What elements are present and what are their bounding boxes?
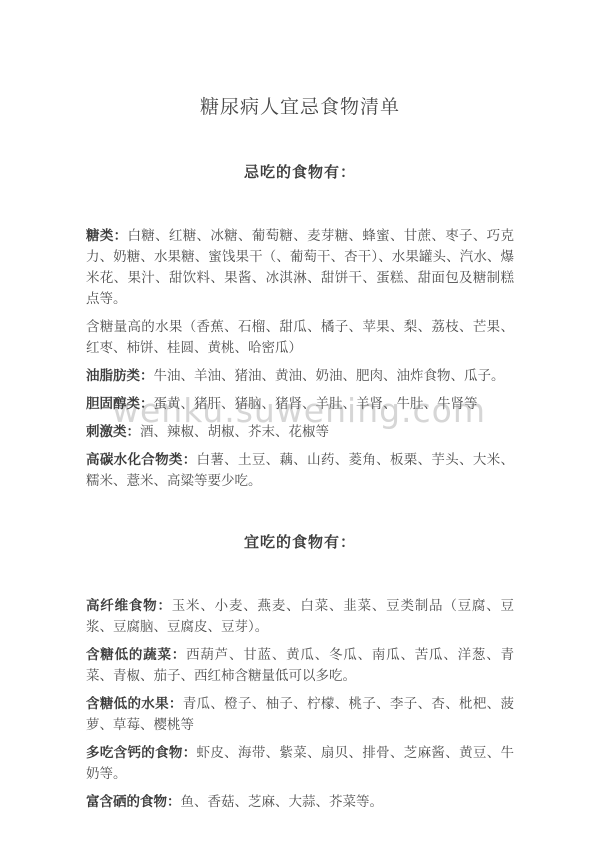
section-heading-forbidden: 忌吃的食物有： (86, 163, 514, 183)
para-fats: 油脂肪类：牛油、羊油、猪油、黄油、奶油、肥肉、油炸食物、瓜子。 (86, 365, 514, 386)
para-cholesterol-label: 胆固醇类： (86, 396, 154, 411)
para-stimulants-label: 刺激类： (86, 424, 140, 439)
para-fats-text: 牛油、羊油、猪油、黄油、奶油、肥肉、油炸食物、瓜子。 (154, 368, 505, 383)
para-high-carbs: 高碳水化合物类：白薯、土豆、藕、山药、菱角、板栗、芋头、大米、糯米、薏米、高粱等… (86, 449, 514, 491)
para-high-sugar-fruits: 含糖量高的水果（香蕉、石榴、甜瓜、橘子、苹果、梨、荔枝、芒果、红枣、柿饼、桂圆、… (86, 316, 514, 358)
para-calcium-foods: 多吃含钙的食物：虾皮、海带、紫菜、扇贝、排骨、芝麻酱、黄豆、牛奶等。 (86, 742, 514, 784)
para-sugar-label: 糖类： (86, 228, 127, 243)
para-cholesterol: 胆固醇类：蛋黄、猪肝、猪脑、猪肾、羊肚、羊肾、牛肚、牛肾等 (86, 393, 514, 414)
para-low-sugar-fruits-label: 含糖低的水果： (86, 696, 183, 711)
para-sugar-text: 白糖、红糖、冰糖、葡萄糖、麦芽糖、蜂蜜、甘蔗、枣子、巧克力、奶糖、水果糖、蜜饯果… (86, 228, 514, 306)
document-content: 糖尿病人宜忌食物清单 忌吃的食物有： 糖类：白糖、红糖、冰糖、葡萄糖、麦芽糖、蜂… (0, 0, 600, 812)
para-selenium-foods-label: 富含硒的食物： (86, 794, 181, 809)
para-stimulants-text: 酒、辣椒、胡椒、芥末、花椒等 (140, 424, 329, 439)
para-selenium-foods-text: 鱼、香菇、芝麻、大蒜、芥菜等。 (181, 794, 384, 809)
para-sugar: 糖类：白糖、红糖、冰糖、葡萄糖、麦芽糖、蜂蜜、甘蔗、枣子、巧克力、奶糖、水果糖、… (86, 225, 514, 309)
para-low-sugar-vegetables-label: 含糖低的蔬菜： (86, 647, 186, 662)
para-high-fiber: 高纤维食物：玉米、小麦、燕麦、白菜、韭菜、豆类制品（豆腐、豆浆、豆腐脑、豆腐皮、… (86, 595, 514, 637)
para-stimulants: 刺激类：酒、辣椒、胡椒、芥末、花椒等 (86, 421, 514, 442)
para-high-carbs-label: 高碳水化合物类： (86, 452, 197, 467)
para-selenium-foods: 富含硒的食物：鱼、香菇、芝麻、大蒜、芥菜等。 (86, 791, 514, 812)
para-high-fiber-label: 高纤维食物： (86, 598, 172, 613)
para-fats-label: 油脂肪类： (86, 368, 154, 383)
para-low-sugar-fruits: 含糖低的水果：青瓜、橙子、柚子、柠檬、桃子、李子、杏、枇杷、菠萝、草莓、樱桃等 (86, 693, 514, 735)
para-low-sugar-vegetables: 含糖低的蔬菜：西葫芦、甘蓝、黄瓜、冬瓜、南瓜、苦瓜、洋葱、青菜、青椒、茄子、西红… (86, 644, 514, 686)
para-high-sugar-fruits-text: 含糖量高的水果（香蕉、石榴、甜瓜、橘子、苹果、梨、荔枝、芒果、红枣、柿饼、桂圆、… (86, 319, 514, 355)
page-title: 糖尿病人宜忌食物清单 (86, 0, 514, 121)
section-heading-recommended: 宜吃的食物有： (86, 533, 514, 553)
para-calcium-foods-label: 多吃含钙的食物： (86, 745, 197, 760)
para-cholesterol-text: 蛋黄、猪肝、猪脑、猪肾、羊肚、羊肾、牛肚、牛肾等 (154, 396, 478, 411)
document-page: wenku.suwening.com 糖尿病人宜忌食物清单 忌吃的食物有： 糖类… (0, 0, 600, 849)
